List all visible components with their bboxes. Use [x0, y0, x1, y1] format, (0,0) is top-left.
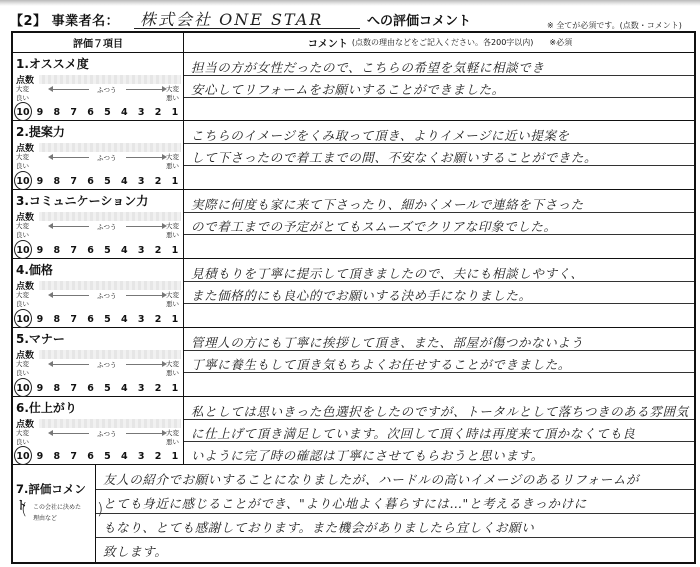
comment-field[interactable]: 実際に何度も家に来て下さったり、細かくメールで連絡を下さったので着工までの予定が…	[184, 190, 694, 258]
item-title: 3.コミュニケーション力	[16, 192, 148, 209]
evaluation-comment-hint: この会社に決めた 理由など	[33, 502, 81, 524]
very-good-label: 大変良い	[16, 291, 29, 309]
comment-line: 管理人の方にも丁寧に挨拶して頂き、また、部屋が傷つかないよう	[191, 333, 584, 351]
comment-line: 私としては思いきった色選択をしたのですが、トータルとして落ちつきのある雰囲気	[191, 402, 689, 420]
score-option-9[interactable]: 9	[33, 314, 47, 325]
score-scale[interactable]: 10987654321	[16, 451, 182, 462]
very-bad-label: 大変悪い	[166, 360, 179, 378]
arrow-right-icon	[126, 226, 162, 227]
normal-label: ふつう	[97, 360, 117, 369]
score-option-6[interactable]: 6	[84, 107, 98, 118]
score-option-9[interactable]: 9	[33, 176, 47, 187]
score-option-10[interactable]: 10	[16, 383, 30, 394]
score-option-9[interactable]: 9	[33, 245, 47, 256]
hint-line: この会社に決めた	[33, 504, 81, 511]
score-band	[39, 212, 181, 221]
score-option-6[interactable]: 6	[84, 314, 98, 325]
score-option-6[interactable]: 6	[84, 383, 98, 394]
items-column-label: 評価７項目	[73, 35, 123, 50]
item-label-cell: 2.提案力 点数 大変良い ふつう 大変悪い 10987654321	[13, 121, 184, 189]
very-good-label: 大変良い	[16, 153, 29, 171]
item-label-cell: 6.仕上がり 点数 大変良い ふつう 大変悪い 10987654321	[13, 397, 184, 464]
score-band	[39, 350, 181, 359]
score-option-7[interactable]: 7	[67, 314, 81, 325]
score-option-5[interactable]: 5	[100, 107, 114, 118]
comment-line: また価格的にも良心的でお願いする決め手になりました。	[191, 286, 532, 304]
score-scale[interactable]: 10987654321	[16, 107, 182, 118]
arrow-right-icon	[126, 433, 162, 434]
comment-line: 友人の紹介でお願いすることになりましたが、ハードルの高いイメージのあるリフォーム…	[103, 470, 639, 488]
comment-column-header: コメント (点数の理由などをご記入ください。各200字以内) ※必須	[184, 33, 696, 53]
score-option-5[interactable]: 5	[100, 451, 114, 462]
very-good-label: 大変良い	[16, 222, 29, 240]
score-band	[39, 143, 181, 152]
comment-column-label: コメント	[308, 35, 348, 50]
score-option-4[interactable]: 4	[117, 451, 131, 462]
score-option-4[interactable]: 4	[117, 107, 131, 118]
very-bad-label: 大変悪い	[166, 429, 179, 447]
score-band	[39, 75, 181, 84]
arrow-left-icon	[53, 226, 89, 227]
score-option-9[interactable]: 9	[33, 383, 47, 394]
score-option-1[interactable]: 1	[168, 176, 182, 187]
score-option-3[interactable]: 3	[134, 383, 148, 394]
arrow-right-icon	[126, 295, 162, 296]
comment-line: いように完了時の確認は丁寧にさせてもらおうと思います。	[191, 446, 544, 464]
ruled-line	[96, 537, 694, 538]
score-option-4[interactable]: 4	[117, 383, 131, 394]
score-option-1[interactable]: 1	[168, 383, 182, 394]
comment-line: 安心してリフォームをお願いすることができました。	[191, 80, 505, 98]
score-option-10[interactable]: 10	[16, 245, 30, 256]
score-option-8[interactable]: 8	[50, 107, 64, 118]
score-band	[39, 281, 181, 290]
hint-line: 理由など	[33, 515, 57, 522]
score-option-3[interactable]: 3	[134, 107, 148, 118]
item-label-cell: 1.オススメ度 点数 大変良い ふつう 大変悪い 10987654321	[13, 53, 184, 120]
score-option-8[interactable]: 8	[50, 176, 64, 187]
comment-line: こちらのイメージをくみ取って頂き、よりイメージに近い提案を	[191, 126, 570, 144]
ruled-line	[96, 513, 694, 514]
normal-label: ふつう	[97, 85, 117, 94]
normal-label: ふつう	[97, 429, 117, 438]
score-option-8[interactable]: 8	[50, 451, 64, 462]
arrow-left-icon	[53, 295, 89, 296]
score-option-5[interactable]: 5	[100, 383, 114, 394]
evaluation-row: 4.価格 点数 大変良い ふつう 大変悪い 10987654321 見積もりを丁…	[13, 259, 694, 328]
score-option-8[interactable]: 8	[50, 383, 64, 394]
score-option-2[interactable]: 2	[151, 176, 165, 187]
score-option-6[interactable]: 6	[84, 451, 98, 462]
score-option-10[interactable]: 10	[16, 451, 30, 462]
comment-line: もなり、とても感謝しております。また機会がありましたら宜しくお願い	[103, 518, 534, 536]
item-title: 1.オススメ度	[16, 55, 89, 72]
very-bad-label: 大変悪い	[166, 291, 179, 309]
score-scale[interactable]: 10987654321	[16, 314, 182, 325]
score-option-7[interactable]: 7	[67, 107, 81, 118]
score-option-9[interactable]: 9	[33, 451, 47, 462]
evaluation-row: 2.提案力 点数 大変良い ふつう 大変悪い 10987654321 こちらのイ…	[13, 121, 694, 190]
score-option-2[interactable]: 2	[151, 245, 165, 256]
normal-label: ふつう	[97, 291, 117, 300]
score-option-5[interactable]: 5	[100, 245, 114, 256]
arrow-right-icon	[126, 364, 162, 365]
item-label-cell: 4.価格 点数 大変良い ふつう 大変悪い 10987654321	[13, 259, 184, 327]
score-option-6[interactable]: 6	[84, 245, 98, 256]
score-option-2[interactable]: 2	[151, 107, 165, 118]
score-option-1[interactable]: 1	[168, 245, 182, 256]
score-option-2[interactable]: 2	[151, 383, 165, 394]
comment-required-mark: ※必須	[549, 37, 572, 48]
comment-line: とても身近に感じることができ、"より心地よく暮らすには…"と考えるきっかけに	[103, 494, 587, 512]
score-option-3[interactable]: 3	[134, 314, 148, 325]
score-option-5[interactable]: 5	[100, 314, 114, 325]
very-bad-label: 大変悪い	[166, 222, 179, 240]
score-band	[39, 419, 181, 428]
arrow-left-icon	[53, 433, 89, 434]
score-option-2[interactable]: 2	[151, 451, 165, 462]
evaluation-row: 6.仕上がり 点数 大変良い ふつう 大変悪い 10987654321 私として…	[13, 397, 694, 465]
form-header: 【2】 事業者名： 株式会社 ONE STAR への評価コメント ※ 全てが必須…	[10, 6, 700, 32]
item-title: 4.価格	[16, 261, 53, 278]
open-paren: (	[21, 499, 27, 518]
score-option-9[interactable]: 9	[33, 107, 47, 118]
score-option-7[interactable]: 7	[67, 245, 81, 256]
item-title: 6.仕上がり	[16, 399, 77, 416]
evaluation-table: 評価７項目 コメント (点数の理由などをご記入ください。各200字以内) ※必須…	[11, 31, 696, 564]
score-scale[interactable]: 10987654321	[16, 245, 182, 256]
comment-field[interactable]: 見積もりを丁寧に提示して頂きましたので、夫にも相談しやすく、また価格的にも良心的…	[184, 259, 694, 327]
score-option-10[interactable]: 10	[16, 176, 30, 187]
business-name-field[interactable]: 株式会社 ONE STAR	[134, 7, 360, 29]
arrow-left-icon	[53, 364, 89, 365]
score-option-3[interactable]: 3	[134, 176, 148, 187]
score-option-10[interactable]: 10	[16, 314, 30, 325]
item-label-cell: 3.コミュニケーション力 点数 大変良い ふつう 大変悪い 1098765432…	[13, 190, 184, 258]
required-note: ※ 全てが必須です。(点数・コメント)	[547, 20, 682, 31]
item-label-cell: 5.マナー 点数 大変良い ふつう 大変悪い 10987654321	[13, 328, 184, 396]
score-option-2[interactable]: 2	[151, 314, 165, 325]
business-name-label: 【2】 事業者名：	[10, 10, 119, 29]
evaluation-row: 3.コミュニケーション力 点数 大変良い ふつう 大変悪い 1098765432…	[13, 190, 694, 259]
ruled-line	[96, 489, 694, 490]
score-option-7[interactable]: 7	[67, 176, 81, 187]
score-option-1[interactable]: 1	[168, 451, 182, 462]
arrow-right-icon	[126, 89, 162, 90]
comment-field[interactable]: こちらのイメージをくみ取って頂き、よりイメージに近い提案をして下さったので着工ま…	[184, 121, 694, 189]
very-bad-label: 大変悪い	[166, 85, 179, 103]
score-option-6[interactable]: 6	[84, 176, 98, 187]
score-option-3[interactable]: 3	[134, 451, 148, 462]
score-option-4[interactable]: 4	[117, 314, 131, 325]
score-scale[interactable]: 10987654321	[16, 383, 182, 394]
evaluation-row: 5.マナー 点数 大変良い ふつう 大変悪い 10987654321 管理人の方…	[13, 328, 694, 397]
score-option-3[interactable]: 3	[134, 245, 148, 256]
score-option-1[interactable]: 1	[168, 314, 182, 325]
normal-label: ふつう	[97, 222, 117, 231]
evaluation-comment-field[interactable]: 友人の紹介でお願いすることになりましたが、ハードルの高いイメージのあるリフォーム…	[96, 465, 694, 562]
comment-line: ので着工までの予定がとてもスムーズでクリアな印象でした。	[191, 217, 557, 235]
item-title: 5.マナー	[16, 330, 65, 347]
evaluation-row: 1.オススメ度 点数 大変良い ふつう 大変悪い 10987654321 担当の…	[13, 53, 694, 121]
comment-line: に仕上げて頂き満足しています。次回して頂く時は再度来て頂かなくても良	[191, 424, 635, 442]
very-good-label: 大変良い	[16, 85, 29, 103]
score-option-8[interactable]: 8	[50, 314, 64, 325]
arrow-left-icon	[53, 157, 89, 158]
score-option-1[interactable]: 1	[168, 107, 182, 118]
score-option-4[interactable]: 4	[117, 176, 131, 187]
comment-line: 見積もりを丁寧に提示して頂きましたので、夫にも相談しやすく、	[191, 264, 584, 282]
comment-line: 致します。	[103, 542, 168, 560]
form-title-suffix: への評価コメント	[367, 10, 471, 29]
score-option-8[interactable]: 8	[50, 245, 64, 256]
normal-label: ふつう	[97, 153, 117, 162]
score-option-4[interactable]: 4	[117, 245, 131, 256]
items-column-header: 評価７項目	[13, 33, 184, 53]
arrow-left-icon	[53, 89, 89, 90]
comment-line: して下さったので着工までの間、不安なくお願いすることができた。	[191, 148, 597, 166]
score-option-10[interactable]: 10	[16, 107, 30, 118]
comment-field[interactable]: 担当の方が女性だったので、こちらの希望を気軽に相談でき安心してリフォームをお願い…	[184, 53, 694, 120]
evaluation-comment-row: 7.評価コメント ( この会社に決めた 理由など ) 友人の紹介でお願いすること…	[13, 465, 694, 562]
comment-instructions: (点数の理由などをご記入ください。各200字以内)	[352, 37, 534, 48]
comment-field[interactable]: 私としては思いきった色選択をしたのですが、トータルとして落ちつきのある雰囲気に仕…	[184, 397, 694, 464]
arrow-right-icon	[126, 157, 162, 158]
very-good-label: 大変良い	[16, 360, 29, 378]
comment-line: 担当の方が女性だったので、こちらの希望を気軽に相談でき	[191, 58, 544, 76]
very-bad-label: 大変悪い	[166, 153, 179, 171]
score-scale[interactable]: 10987654321	[16, 176, 182, 187]
evaluation-comment-label-cell: 7.評価コメント ( この会社に決めた 理由など )	[13, 465, 96, 562]
score-option-7[interactable]: 7	[67, 383, 81, 394]
item-title: 2.提案力	[16, 123, 65, 140]
comment-field[interactable]: 管理人の方にも丁寧に挨拶して頂き、また、部屋が傷つかないよう丁寧に養生もして頂き…	[184, 328, 694, 396]
score-option-7[interactable]: 7	[67, 451, 81, 462]
comment-line: 丁寧に養生もして頂き気もちよくお任せすることができました。	[191, 355, 571, 373]
comment-line: 実際に何度も家に来て下さったり、細かくメールで連絡を下さった	[191, 195, 584, 213]
very-good-label: 大変良い	[16, 429, 29, 447]
score-option-5[interactable]: 5	[100, 176, 114, 187]
